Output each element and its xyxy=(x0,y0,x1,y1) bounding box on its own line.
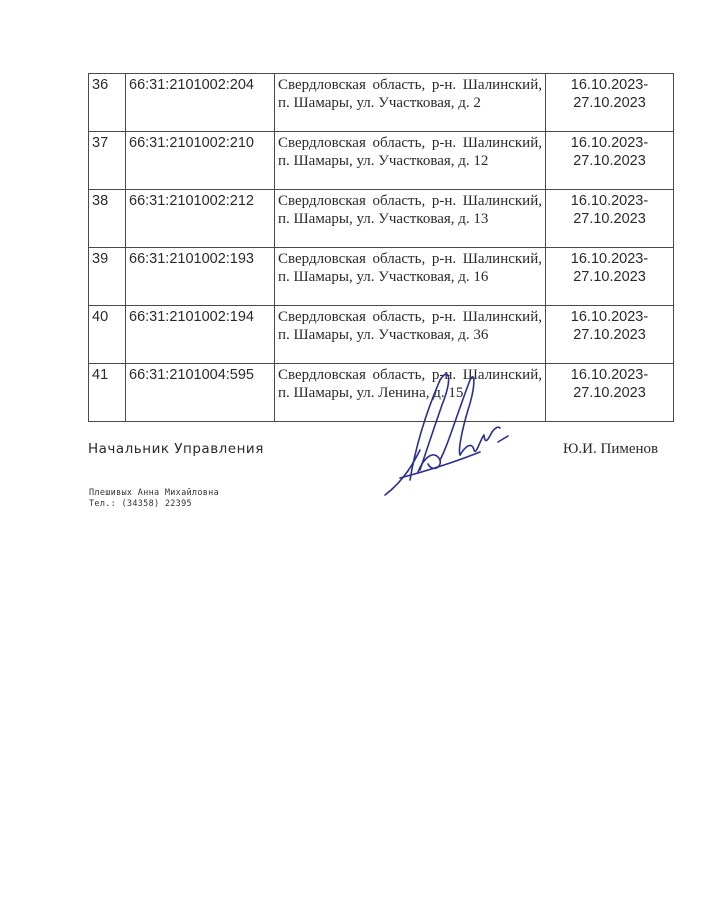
row-number: 40 xyxy=(89,306,126,364)
signatory-position: Начальник Управления xyxy=(88,441,264,457)
table-row: 3866:31:2101002:212Свердловская область,… xyxy=(89,190,674,248)
contact-name: Плешивых Анна Михайловна xyxy=(89,488,219,499)
table-row: 3766:31:2101002:210Свердловская область,… xyxy=(89,132,674,190)
signature-icon xyxy=(380,360,510,500)
table-row: 4066:31:2101002:194Свердловская область,… xyxy=(89,306,674,364)
signatory-name: Ю.И. Пименов xyxy=(563,441,658,458)
table-row: 3966:31:2101002:193Свердловская область,… xyxy=(89,248,674,306)
cadastral-number: 66:31:2101002:212 xyxy=(126,190,275,248)
row-number: 37 xyxy=(89,132,126,190)
date-range: 16.10.2023-27.10.2023 xyxy=(546,132,674,190)
date-range: 16.10.2023-27.10.2023 xyxy=(546,364,674,422)
row-number: 39 xyxy=(89,248,126,306)
address: Свердловская область, р-н. Шалинский, п.… xyxy=(275,132,546,190)
cadastral-number: 66:31:2101004:595 xyxy=(126,364,275,422)
document-page: 3666:31:2101002:204Свердловская область,… xyxy=(0,0,701,907)
date-range: 16.10.2023-27.10.2023 xyxy=(546,306,674,364)
cadastral-number: 66:31:2101002:193 xyxy=(126,248,275,306)
row-number: 41 xyxy=(89,364,126,422)
contact-phone: Тел.: (34358) 22395 xyxy=(89,499,219,510)
address: Свердловская область, р-н. Шалинский, п.… xyxy=(275,190,546,248)
cadastral-number: 66:31:2101002:194 xyxy=(126,306,275,364)
address: Свердловская область, р-н. Шалинский, п.… xyxy=(275,74,546,132)
cadastral-number: 66:31:2101002:210 xyxy=(126,132,275,190)
cadastral-number: 66:31:2101002:204 xyxy=(126,74,275,132)
address: Свердловская область, р-н. Шалинский, п.… xyxy=(275,248,546,306)
row-number: 36 xyxy=(89,74,126,132)
address: Свердловская область, р-н. Шалинский, п.… xyxy=(275,306,546,364)
table-row: 3666:31:2101002:204Свердловская область,… xyxy=(89,74,674,132)
date-range: 16.10.2023-27.10.2023 xyxy=(546,248,674,306)
date-range: 16.10.2023-27.10.2023 xyxy=(546,74,674,132)
date-range: 16.10.2023-27.10.2023 xyxy=(546,190,674,248)
contact-block: Плешивых Анна Михайловна Тел.: (34358) 2… xyxy=(89,488,219,510)
row-number: 38 xyxy=(89,190,126,248)
